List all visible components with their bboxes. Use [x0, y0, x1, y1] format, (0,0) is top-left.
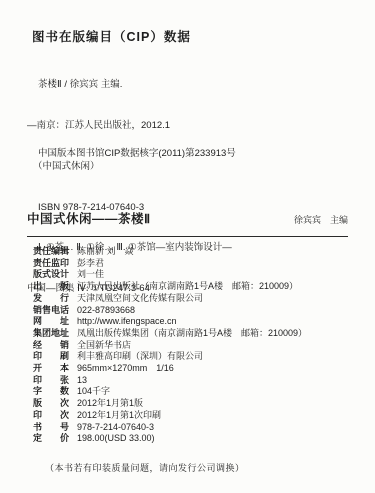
- table-row: 出 版江苏人民出版社（南京湖南路1号A楼 邮箱：210009）: [33, 281, 365, 293]
- row-value: 江苏人民出版社（南京湖南路1号A楼 邮箱：210009）: [77, 281, 365, 293]
- table-row: 网 址http://www.ifengspace.cn: [33, 316, 365, 328]
- row-label: 印 次: [33, 410, 77, 422]
- table-row: 开 本965mm×1270mm 1/16: [33, 363, 365, 375]
- table-row: 书 号978-7-214-07640-3: [33, 422, 365, 434]
- row-label: 书 号: [33, 422, 77, 434]
- cip-record-number: 中国版本图书馆CIP数据核字(2011)第233913号: [38, 145, 236, 159]
- cip-line-publisher: —南京：江苏人民出版社，2012.1: [27, 119, 232, 133]
- table-row: 责任监印彭李君: [33, 258, 365, 270]
- row-value: 陈丽新 刘 焱: [77, 246, 365, 258]
- row-value: 利丰雅高印刷（深圳）有限公司: [77, 351, 365, 363]
- row-label: 责任编辑: [33, 246, 77, 258]
- table-row: 版 次2012年1月第1版: [33, 398, 365, 410]
- table-row: 版式设计刘一佳: [33, 269, 365, 281]
- row-value: 104千字: [77, 386, 365, 398]
- row-value: 2012年1月第1版: [77, 398, 365, 410]
- table-row: 印 张13: [33, 375, 365, 387]
- cip-line-series: （中国式休闲）: [27, 160, 232, 174]
- table-row: 责任编辑陈丽新 刘 焱: [33, 246, 365, 258]
- table-row: 销售电话022-87893668: [33, 305, 365, 317]
- title-bar: 中国式休闲——茶楼Ⅱ 徐宾宾 主编: [27, 209, 348, 227]
- row-label: 责任监印: [33, 258, 77, 270]
- row-label: 发 行: [33, 293, 77, 305]
- editor-credit: 徐宾宾 主编: [294, 213, 348, 226]
- row-value: 天津凤凰空间文化传媒有限公司: [77, 293, 365, 305]
- row-value: 2012年1月第1次印刷: [77, 410, 365, 422]
- table-row: 集团地址凤凰出版传媒集团（南京湖南路1号A楼 邮箱：210009）: [33, 328, 365, 340]
- row-label: 经 销: [33, 340, 77, 352]
- row-label: 网 址: [33, 316, 77, 328]
- book-title: 中国式休闲——茶楼Ⅱ: [27, 209, 151, 227]
- cip-header: 图书在版编目（CIP）数据: [32, 27, 191, 45]
- row-label: 印 张: [33, 375, 77, 387]
- colophon-table: 责任编辑陈丽新 刘 焱 责任监印彭李君 版式设计刘一佳 出 版江苏人民出版社（南…: [33, 246, 365, 445]
- row-label: 印 刷: [33, 351, 77, 363]
- row-value: 022-87893668: [77, 305, 365, 317]
- table-row: 定 价198.00(USD 33.00): [33, 433, 365, 445]
- row-label: 版式设计: [33, 269, 77, 281]
- table-row: 印 次2012年1月第1次印刷: [33, 410, 365, 422]
- row-value: 刘一佳: [77, 269, 365, 281]
- quality-note: （本书若有印装质量问题，请向发行公司调换）: [45, 461, 245, 474]
- row-label: 销售电话: [33, 305, 77, 317]
- row-label: 版 次: [33, 398, 77, 410]
- divider-rule: [27, 236, 348, 237]
- table-row: 印 刷利丰雅高印刷（深圳）有限公司: [33, 351, 365, 363]
- table-row: 字 数104千字: [33, 386, 365, 398]
- row-value: 198.00(USD 33.00): [77, 433, 365, 445]
- row-value: http://www.ifengspace.cn: [77, 316, 365, 328]
- row-value: 13: [77, 375, 365, 387]
- table-row: 经 销全国新华书店: [33, 340, 365, 352]
- cip-line-title: 茶楼Ⅱ / 徐宾宾 主编.: [27, 78, 232, 92]
- row-label: 出 版: [33, 281, 77, 293]
- table-row: 发 行天津凤凰空间文化传媒有限公司: [33, 293, 365, 305]
- row-label: 字 数: [33, 386, 77, 398]
- row-value: 彭李君: [77, 258, 365, 270]
- row-label: 集团地址: [33, 328, 77, 340]
- copyright-page: 图书在版编目（CIP）数据 茶楼Ⅱ / 徐宾宾 主编. —南京：江苏人民出版社，…: [0, 0, 375, 493]
- row-label: 开 本: [33, 363, 77, 375]
- row-value: 978-7-214-07640-3: [77, 422, 365, 434]
- row-value: 凤凰出版传媒集团（南京湖南路1号A楼 邮箱：210009）: [77, 328, 365, 340]
- row-label: 定 价: [33, 433, 77, 445]
- row-value: 全国新华书店: [77, 340, 365, 352]
- row-value: 965mm×1270mm 1/16: [77, 363, 365, 375]
